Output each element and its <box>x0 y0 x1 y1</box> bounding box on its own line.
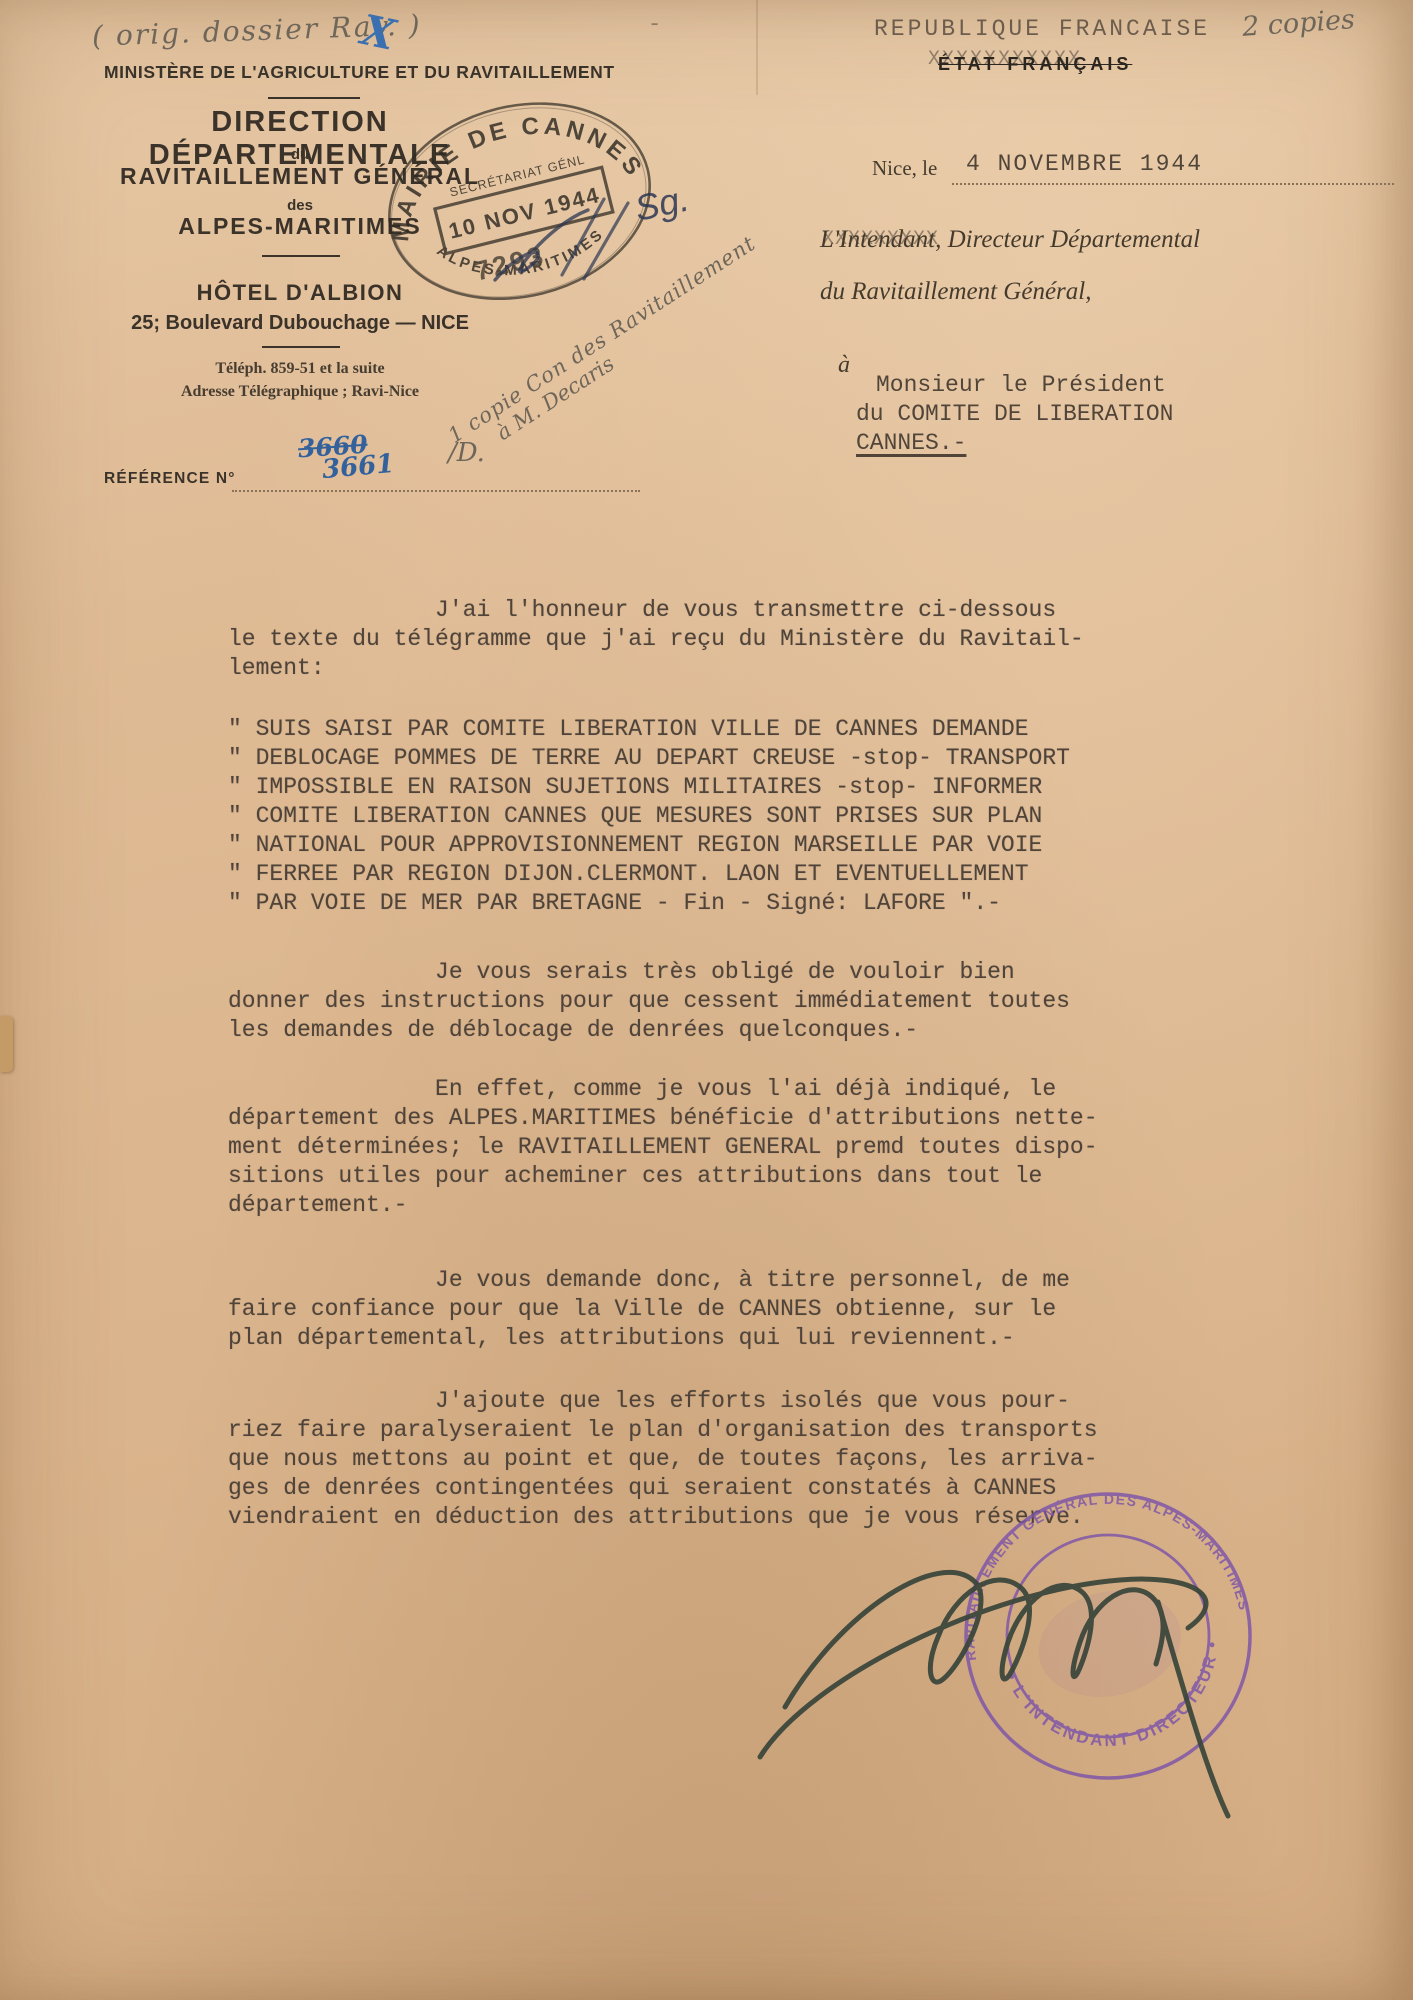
stray-dash: - <box>648 12 661 37</box>
recipient-to-label: à <box>838 352 850 379</box>
recipient-line-3: CANNES.- <box>856 430 966 456</box>
body-paragraph-4: Je vous demande donc, à titre personnel,… <box>228 1266 1128 1353</box>
reference-label: RÉFÉRENCE N° <box>104 470 236 488</box>
body-paragraph-2: Je vous serais très obligé de vouloir bi… <box>228 958 1128 1045</box>
signature <box>690 1452 1310 1832</box>
telegram-block: " SUIS SAISI PAR COMITE LIBERATION VILLE… <box>228 715 1128 918</box>
letterhead-divider-2 <box>262 346 340 348</box>
ink-initials: Sg. <box>631 177 692 228</box>
ministry-title: MINISTÈRE DE L'AGRICULTURE ET DU RAVITAI… <box>104 62 615 83</box>
sender-line-1: L'Intendant, Directeur Départemental <box>820 226 1200 254</box>
copies-note: 2 copies <box>1241 4 1356 43</box>
ministry-underline <box>268 97 360 99</box>
recipient-line-2: du COMITE DE LIBERATION <box>856 401 1173 427</box>
paper-tab <box>0 1016 13 1072</box>
fold-line <box>756 0 758 95</box>
republique-line: REPUBLIQUE FRANCAISE <box>874 16 1210 42</box>
date-value: 4 NOVEMBRE 1944 <box>966 151 1203 177</box>
etat-francais: ÉTAT FRANÇAIS <box>938 54 1132 75</box>
telegraph-line: Adresse Télégraphique ; Ravi-Nice <box>60 383 540 401</box>
recipient-line-1: Monsieur le Président <box>876 372 1166 398</box>
body-paragraph-3: En effet, comme je vous l'ai déjà indiqu… <box>228 1075 1128 1220</box>
letterhead-divider-1 <box>262 255 340 257</box>
scanned-letter-page: ( orig. dossier Rav. ) X MINISTÈRE DE L'… <box>0 0 1413 2000</box>
body-paragraph-1: J'ai l'honneur de vous transmettre ci-de… <box>228 596 1128 683</box>
sender-line-2: du Ravitaillement Général, <box>820 278 1091 306</box>
date-dotted-line <box>952 182 1394 185</box>
ink-scribble: Sg. <box>470 155 750 315</box>
reference-number-new: 3661 <box>321 449 396 485</box>
place-label: Nice, le <box>872 156 937 181</box>
letter-body: J'ai l'honneur de vous transmettre ci-de… <box>228 596 1128 1532</box>
phone-line: Téléph. 859-51 et la suite <box>60 360 540 378</box>
reference-dotted-line <box>232 489 640 492</box>
